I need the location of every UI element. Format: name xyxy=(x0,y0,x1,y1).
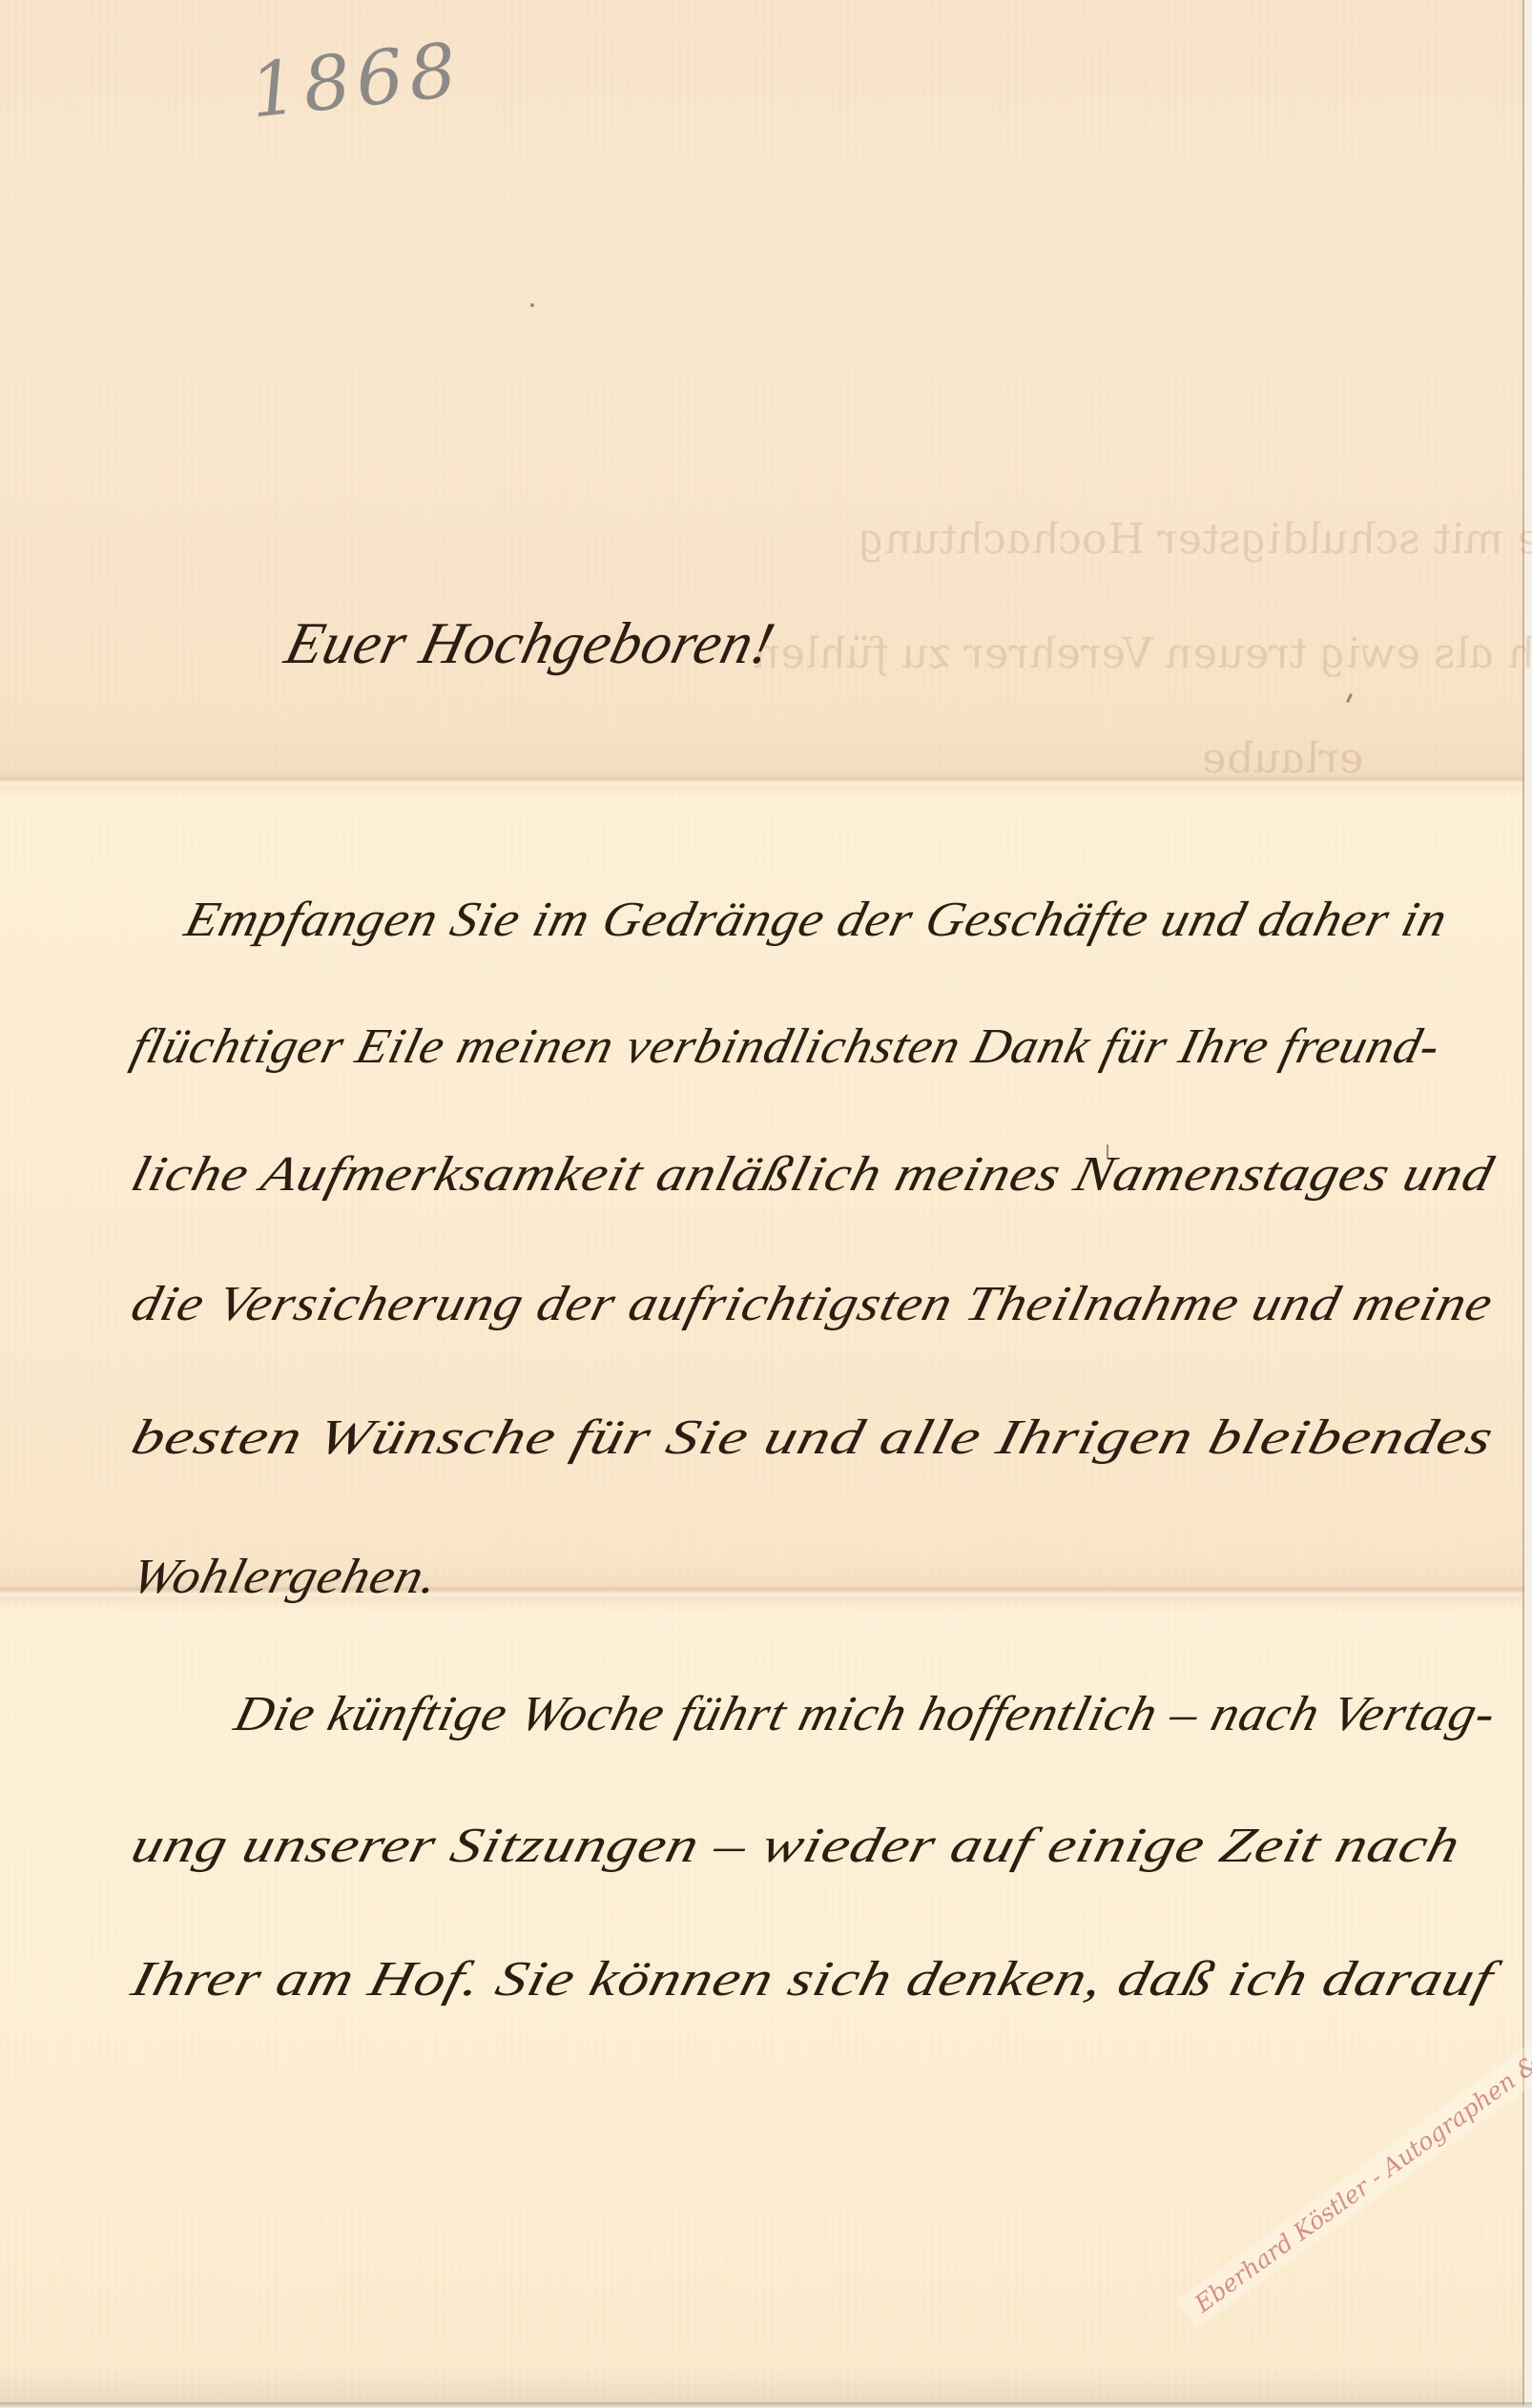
fold-crease-upper xyxy=(0,774,1526,788)
letter-line: besten Wünsche für Sie und alle Ihrigen … xyxy=(126,1410,1500,1466)
letter-line: Wohlergehen. xyxy=(126,1549,445,1605)
letter-line: flüchtiger Eile meinen verbindlichsten D… xyxy=(126,1019,1446,1075)
letter-line: Die künftige Woche führt mich hoffentlic… xyxy=(229,1686,1502,1742)
letter-page: 1868 Ergebenst Sie mit schuldigster Hoch… xyxy=(0,0,1532,2408)
letter-line: Ihrer am Hof. Sie können sich denken, da… xyxy=(126,1951,1500,2007)
bleed-through-line: Ergebenst Sie mit schuldigster Hochachtu… xyxy=(854,515,1532,564)
paper-speck xyxy=(1346,693,1353,703)
bleed-through-line: erlaube xyxy=(1197,734,1370,783)
letter-line: ung unserer Sitzungen – wieder auf einig… xyxy=(126,1818,1466,1874)
dealer-watermark: Eberhard Köstler - Autographen & Bücher xyxy=(1176,1968,1532,2329)
letter-line: Empfangen Sie im Gedränge der Geschäfte … xyxy=(179,892,1454,948)
pencil-date-annotation: 1868 xyxy=(246,28,466,135)
bleed-through-line: Sich als ewig treuen Verehrer zu fühlen xyxy=(749,629,1532,678)
letter-line: die Versicherung der aufrichtigsten Thei… xyxy=(126,1276,1499,1332)
page-bottom-edge xyxy=(0,2402,1532,2408)
letter-salutation: Euer Hochgeboren! xyxy=(279,610,782,678)
paper-speck xyxy=(530,303,534,307)
letter-line: liche Aufmerksamkeit anläßlich meines Na… xyxy=(126,1146,1500,1203)
paper-texture xyxy=(0,0,1532,2408)
